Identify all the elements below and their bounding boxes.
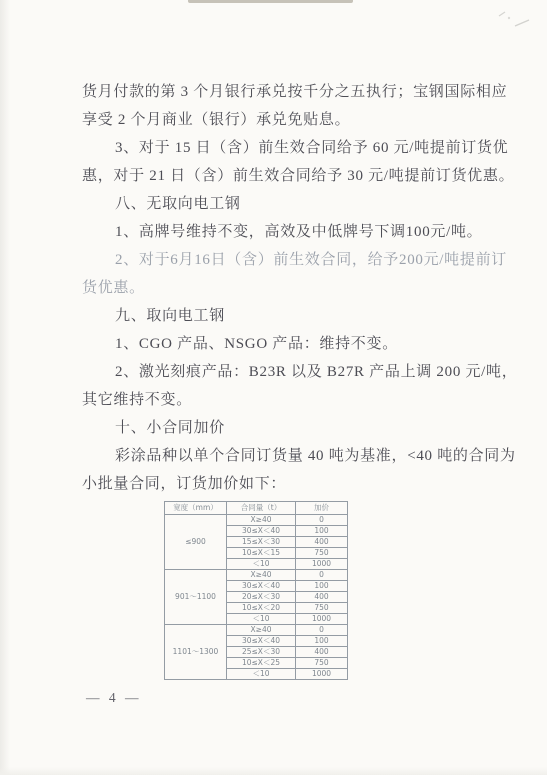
price-cell: 750 bbox=[296, 658, 348, 669]
qty-cell: X≥40 bbox=[227, 625, 296, 636]
text-line: 货优惠。 bbox=[82, 274, 514, 302]
scan-artifact-corner-mark bbox=[489, 4, 533, 44]
scan-shading-bottom bbox=[0, 767, 547, 775]
price-cell: 750 bbox=[296, 603, 348, 614]
qty-cell: 30≤X＜40 bbox=[227, 636, 296, 647]
text-line: 3、对于 15 日（含）前生效合同给予 60 元/吨提前订货优 bbox=[82, 134, 514, 162]
table-row: 1101～1300 X≥40 0 bbox=[165, 625, 348, 636]
qty-cell: X≥40 bbox=[227, 515, 296, 526]
body-text: 货月付款的第 3 个月银行承兑按千分之五执行；宝钢国际相应 享受 2 个月商业（… bbox=[82, 78, 514, 498]
text-line: 享受 2 个月商业（银行）承兑免贴息。 bbox=[82, 106, 514, 134]
qty-cell: ＜10 bbox=[227, 559, 296, 570]
qty-cell: ＜10 bbox=[227, 669, 296, 680]
qty-cell: 10≤X＜25 bbox=[227, 658, 296, 669]
header-surcharge: 加价 bbox=[296, 502, 348, 515]
page-number: — 4 — bbox=[86, 690, 142, 706]
text-line: 其它维持不变。 bbox=[82, 386, 514, 414]
table-header-row: 宽度（mm） 合同量（t） 加价 bbox=[165, 502, 348, 515]
section-heading-10: 十、小合同加价 bbox=[82, 414, 514, 442]
qty-cell: 30≤X＜40 bbox=[227, 581, 296, 592]
price-cell: 400 bbox=[296, 537, 348, 548]
section-heading-8: 八、无取向电工钢 bbox=[82, 190, 514, 218]
price-cell: 0 bbox=[296, 515, 348, 526]
qty-cell: X≥40 bbox=[227, 570, 296, 581]
text-line: 2、激光刻痕产品：B23R 以及 B27R 产品上调 200 元/吨， bbox=[82, 358, 514, 386]
section-heading-9: 九、取向电工钢 bbox=[82, 302, 514, 330]
price-cell: 100 bbox=[296, 526, 348, 537]
price-cell: 1000 bbox=[296, 669, 348, 680]
qty-cell: 30≤X＜40 bbox=[227, 526, 296, 537]
qty-cell: 15≤X＜30 bbox=[227, 537, 296, 548]
text-line: 小批量合同，订货加价如下： bbox=[82, 470, 514, 498]
qty-cell: 10≤X＜15 bbox=[227, 548, 296, 559]
scan-shading-left bbox=[0, 0, 10, 775]
width-group-cell: 901～1100 bbox=[165, 570, 227, 625]
price-cell: 100 bbox=[296, 581, 348, 592]
scanned-document-page: 货月付款的第 3 个月银行承兑按千分之五执行；宝钢国际相应 享受 2 个月商业（… bbox=[0, 0, 547, 775]
price-cell: 100 bbox=[296, 636, 348, 647]
qty-cell: ＜10 bbox=[227, 614, 296, 625]
width-group-cell: ≤900 bbox=[165, 515, 227, 570]
width-group-cell: 1101～1300 bbox=[165, 625, 227, 680]
text-line: 彩涂品种以单个合同订货量 40 吨为基准，<40 吨的合同为 bbox=[82, 442, 514, 470]
price-cell: 400 bbox=[296, 647, 348, 658]
header-width-mm: 宽度（mm） bbox=[165, 502, 227, 515]
table-row: ≤900 X≥40 0 bbox=[165, 515, 348, 526]
qty-cell: 20≤X＜30 bbox=[227, 592, 296, 603]
text-line: 1、高牌号维持不变，高效及中低牌号下调100元/吨。 bbox=[82, 218, 514, 246]
text-line: 惠，对于 21 日（含）前生效合同给予 30 元/吨提前订货优惠。 bbox=[82, 162, 514, 190]
text-line: 货月付款的第 3 个月银行承兑按千分之五执行；宝钢国际相应 bbox=[82, 78, 514, 106]
header-contract-qty: 合同量（t） bbox=[227, 502, 296, 515]
price-cell: 0 bbox=[296, 570, 348, 581]
qty-cell: 10≤X＜20 bbox=[227, 603, 296, 614]
price-cell: 400 bbox=[296, 592, 348, 603]
qty-cell: 25≤X＜30 bbox=[227, 647, 296, 658]
small-contract-surcharge-table: 宽度（mm） 合同量（t） 加价 ≤900 X≥40 0 30≤X＜40 100… bbox=[164, 501, 348, 680]
price-cell: 1000 bbox=[296, 614, 348, 625]
text-line: 1、CGO 产品、NSGO 产品：维持不变。 bbox=[82, 330, 514, 358]
text-line: 2、对于6月16日（含）前生效合同，给予200元/吨提前订 bbox=[82, 246, 514, 274]
price-cell: 750 bbox=[296, 548, 348, 559]
table-row: 901～1100 X≥40 0 bbox=[165, 570, 348, 581]
price-cell: 1000 bbox=[296, 559, 348, 570]
scan-artifact-top-edge bbox=[188, 0, 353, 3]
price-cell: 0 bbox=[296, 625, 348, 636]
